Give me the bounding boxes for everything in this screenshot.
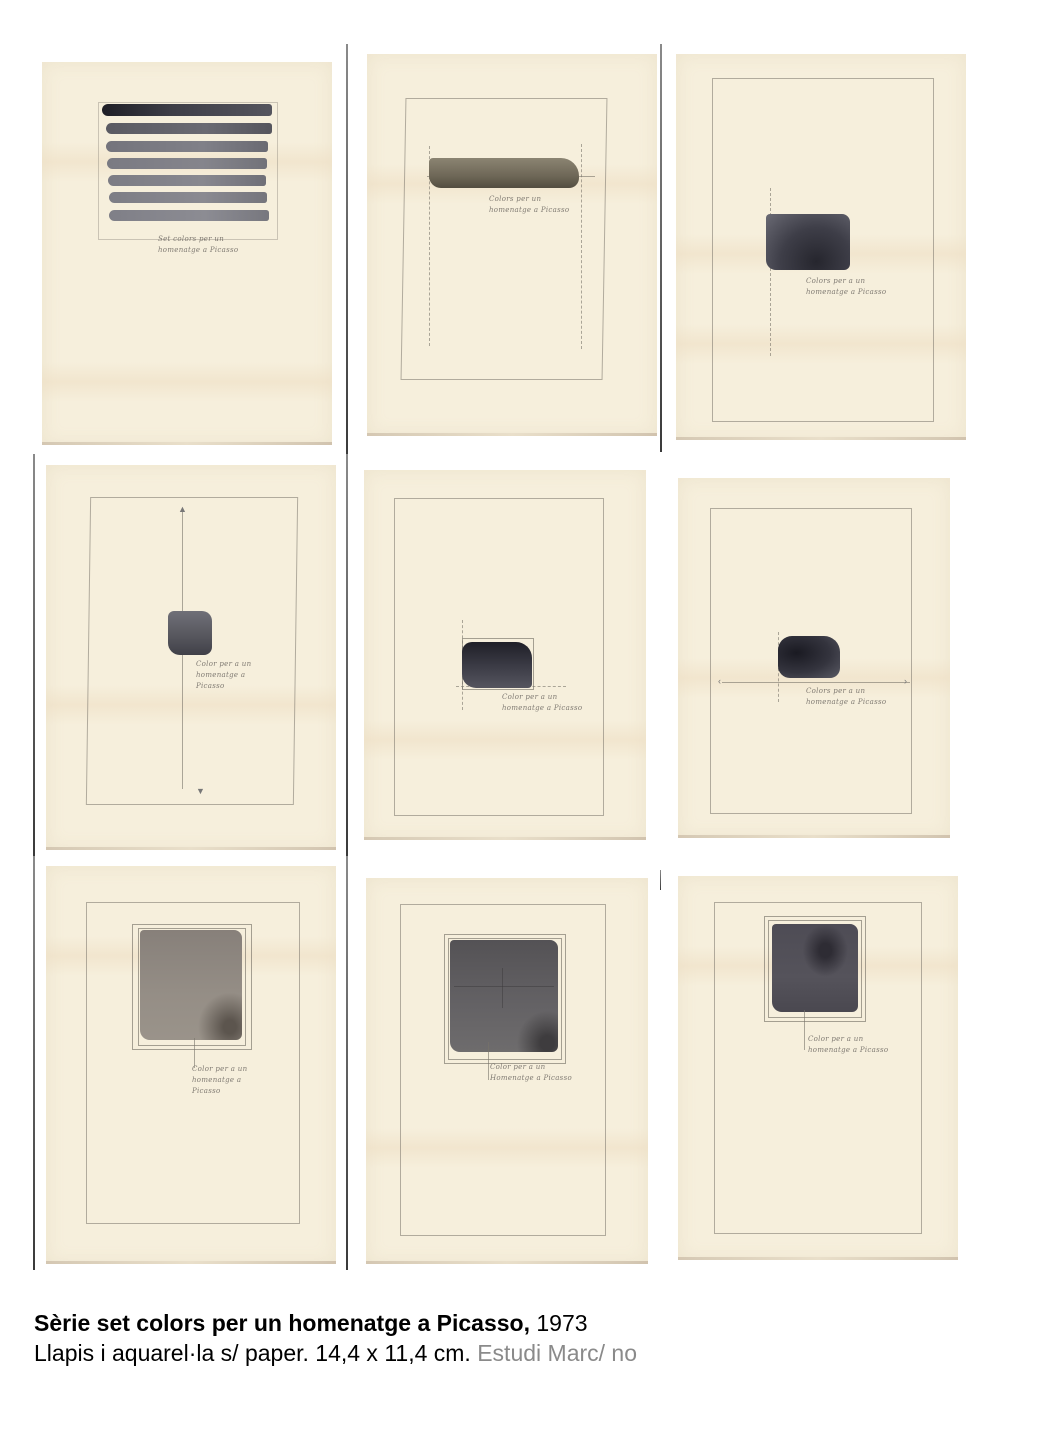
handwritten-note: Colors per a un homenatge a Picasso xyxy=(806,276,886,298)
handwritten-note: Color per a un homenatge a Picasso xyxy=(192,1064,247,1097)
column-divider xyxy=(660,870,661,890)
wash-blot xyxy=(778,636,840,678)
handwritten-note: Colors per a un homenatge a Picasso xyxy=(806,686,886,708)
wash-stripe xyxy=(109,192,267,203)
artwork-sheet-2: Colors per un homenatge a Picasso xyxy=(367,54,657,436)
artwork-sheet-8: Color per a un Homenatge a Picasso xyxy=(366,878,648,1264)
wash-stripe xyxy=(102,104,272,116)
wash-band xyxy=(429,158,579,188)
wash-stripe xyxy=(109,210,269,221)
measure-line xyxy=(722,682,910,683)
handwritten-note: Color per a un homenatge a Picasso xyxy=(502,692,582,714)
wash-square xyxy=(772,924,858,1012)
column-divider xyxy=(33,454,35,856)
artwork-sheet-4: ▲ ▼ Color per a un homenatge a Picasso xyxy=(46,465,336,850)
wash-stripe xyxy=(106,141,268,152)
artwork-caption: Sèrie set colors per un homenatge a Pica… xyxy=(34,1308,637,1368)
wash-blot xyxy=(462,642,532,688)
artwork-sheet-1: Set colors per un homenatge a Picasso xyxy=(42,62,332,445)
wash-stripe xyxy=(108,175,266,186)
column-divider xyxy=(346,856,348,1270)
handwritten-note: Color per a un homenatge a Picasso xyxy=(196,659,251,692)
artwork-sheet-6: ‹ › Colors per a un homenatge a Picasso xyxy=(678,478,950,838)
artwork-year: 1973 xyxy=(530,1310,588,1336)
arrow-down-icon: ▼ xyxy=(196,787,205,796)
collection-credit: Estudi Marc/ no xyxy=(471,1340,637,1366)
wash-stripe xyxy=(107,158,267,169)
artwork-sheet-9: Color per a un homenatge a Picasso xyxy=(678,876,958,1260)
medium-dimensions: Llapis i aquarel·la s/ paper. 14,4 x 11,… xyxy=(34,1340,471,1366)
handwritten-note: Color per a un Homenatge a Picasso xyxy=(490,1062,572,1084)
handwritten-note: Colors per un homenatge a Picasso xyxy=(489,194,569,216)
artwork-sheet-5: Color per a un homenatge a Picasso xyxy=(364,470,646,840)
caption-line-title: Sèrie set colors per un homenatge a Pica… xyxy=(34,1308,637,1338)
wash-square xyxy=(140,930,242,1040)
arrow-up-icon: ▲ xyxy=(178,505,187,514)
arrow-right-icon: › xyxy=(904,677,907,686)
wash-square xyxy=(450,940,558,1052)
wash-stripe xyxy=(106,123,272,134)
wash-blot xyxy=(168,611,212,655)
column-divider xyxy=(660,44,662,452)
handwritten-note: Set colors per un homenatge a Picasso xyxy=(158,234,238,256)
caption-line-details: Llapis i aquarel·la s/ paper. 14,4 x 11,… xyxy=(34,1338,637,1368)
handwritten-note: Color per a un homenatge a Picasso xyxy=(808,1034,888,1056)
wash-blot xyxy=(766,214,850,270)
artwork-sheet-3: Colors per a un homenatge a Picasso xyxy=(676,54,966,440)
artwork-sheet-7: Color per a un homenatge a Picasso xyxy=(46,866,336,1264)
series-title: Sèrie set colors per un homenatge a Pica… xyxy=(34,1310,530,1336)
pencil-frame xyxy=(401,98,608,380)
arrow-left-icon: ‹ xyxy=(718,677,721,686)
column-divider xyxy=(346,454,348,856)
column-divider xyxy=(346,44,348,458)
column-divider xyxy=(33,856,35,1270)
